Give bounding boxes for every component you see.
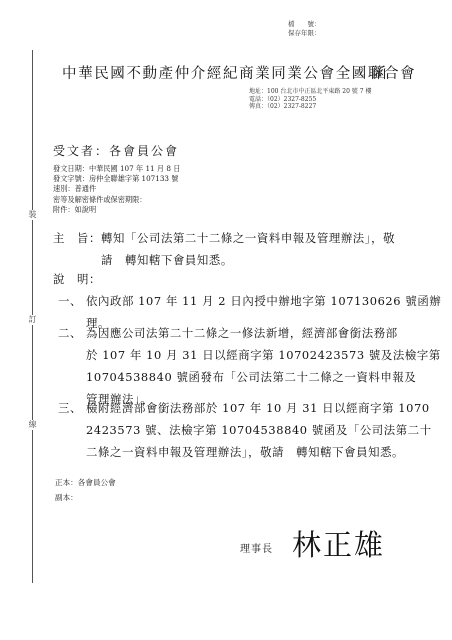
fax: 傳真：（02）2327-8227 [249, 103, 371, 111]
retention-period-label: 保存年限： [288, 29, 321, 38]
item-line: 依內政部 107 年 11 月 2 日內授中辦地字第 107130626 號函辦 [86, 290, 441, 312]
binding-mark-zhuang: 裝 [27, 210, 38, 220]
item-line: 2423573 號、法檢字第 10704538840 號函及「公司法第二十 [86, 419, 432, 441]
organization-title: 中華民國不動產仲介經紀商業同業公會全國聯合會 [62, 62, 416, 83]
address: 地址：100 台北市中正區北平東路 20 號 7 樓 [249, 88, 371, 96]
item-line: 10704538840 號函發布「公司法第二十二條之一資料申報及 [86, 366, 441, 388]
recipient: 受文者：各會員公會 [53, 142, 179, 159]
signer-name: 林正雄 [292, 523, 385, 564]
secrecy-level: 密等及解密條件或保密期限： [53, 195, 180, 205]
explanation-label: 說 明： [53, 268, 101, 290]
original-recipients: 正本：各會員公會 [55, 475, 116, 490]
attachment: 附件：如說明 [53, 205, 180, 215]
item-number: 二、 [58, 322, 82, 344]
item-number: 一、 [58, 290, 82, 312]
document-info: 發文日期：中華民國 107 年 11 月 8 日 發文字號：房仲全聯雄字第 10… [53, 164, 180, 215]
binding-mark-ding: 訂 [27, 315, 38, 325]
binding-mark-xian: 線 [27, 420, 38, 430]
subject-label: 主 旨： [53, 227, 101, 249]
item-line: 二條之一資料申報及管理辦法」，敬請 轉知轄下會員知悉。 [86, 441, 432, 463]
contact-block: 地址：100 台北市中正區北平東路 20 號 7 樓 電話：（02）2327-8… [249, 88, 371, 111]
item-line: 於 107 年 10 月 31 日以經商字第 10702423573 號及法檢字… [86, 344, 441, 366]
copy-recipients: 副本： [55, 490, 116, 505]
distribution: 正本：各會員公會 副本： [55, 475, 116, 505]
file-number-label: 檔 號： [288, 20, 321, 29]
signer-title: 理事長 [240, 540, 273, 555]
item-line: 檢附經濟部會銜法務部於 107 年 10 月 31 日以經商字第 1070 [86, 397, 432, 419]
delivery-speed: 速別：普通件 [53, 184, 180, 194]
item-line: 為因應公司法第二十二條之一修法新增，經濟部會銜法務部 [86, 322, 441, 344]
document-type: 函 [372, 62, 388, 83]
subject-line-2: 請 轉知轄下會員知悉。 [101, 249, 233, 271]
issue-date: 發文日期：中華民國 107 年 11 月 8 日 [53, 164, 180, 174]
document-number: 發文字號：房仲全聯雄字第 107133 號 [53, 174, 180, 184]
subject-line-1: 轉知「公司法第二十二條之一資料申報及管理辦法」，敬 [101, 227, 395, 249]
item-number: 三、 [58, 397, 82, 419]
